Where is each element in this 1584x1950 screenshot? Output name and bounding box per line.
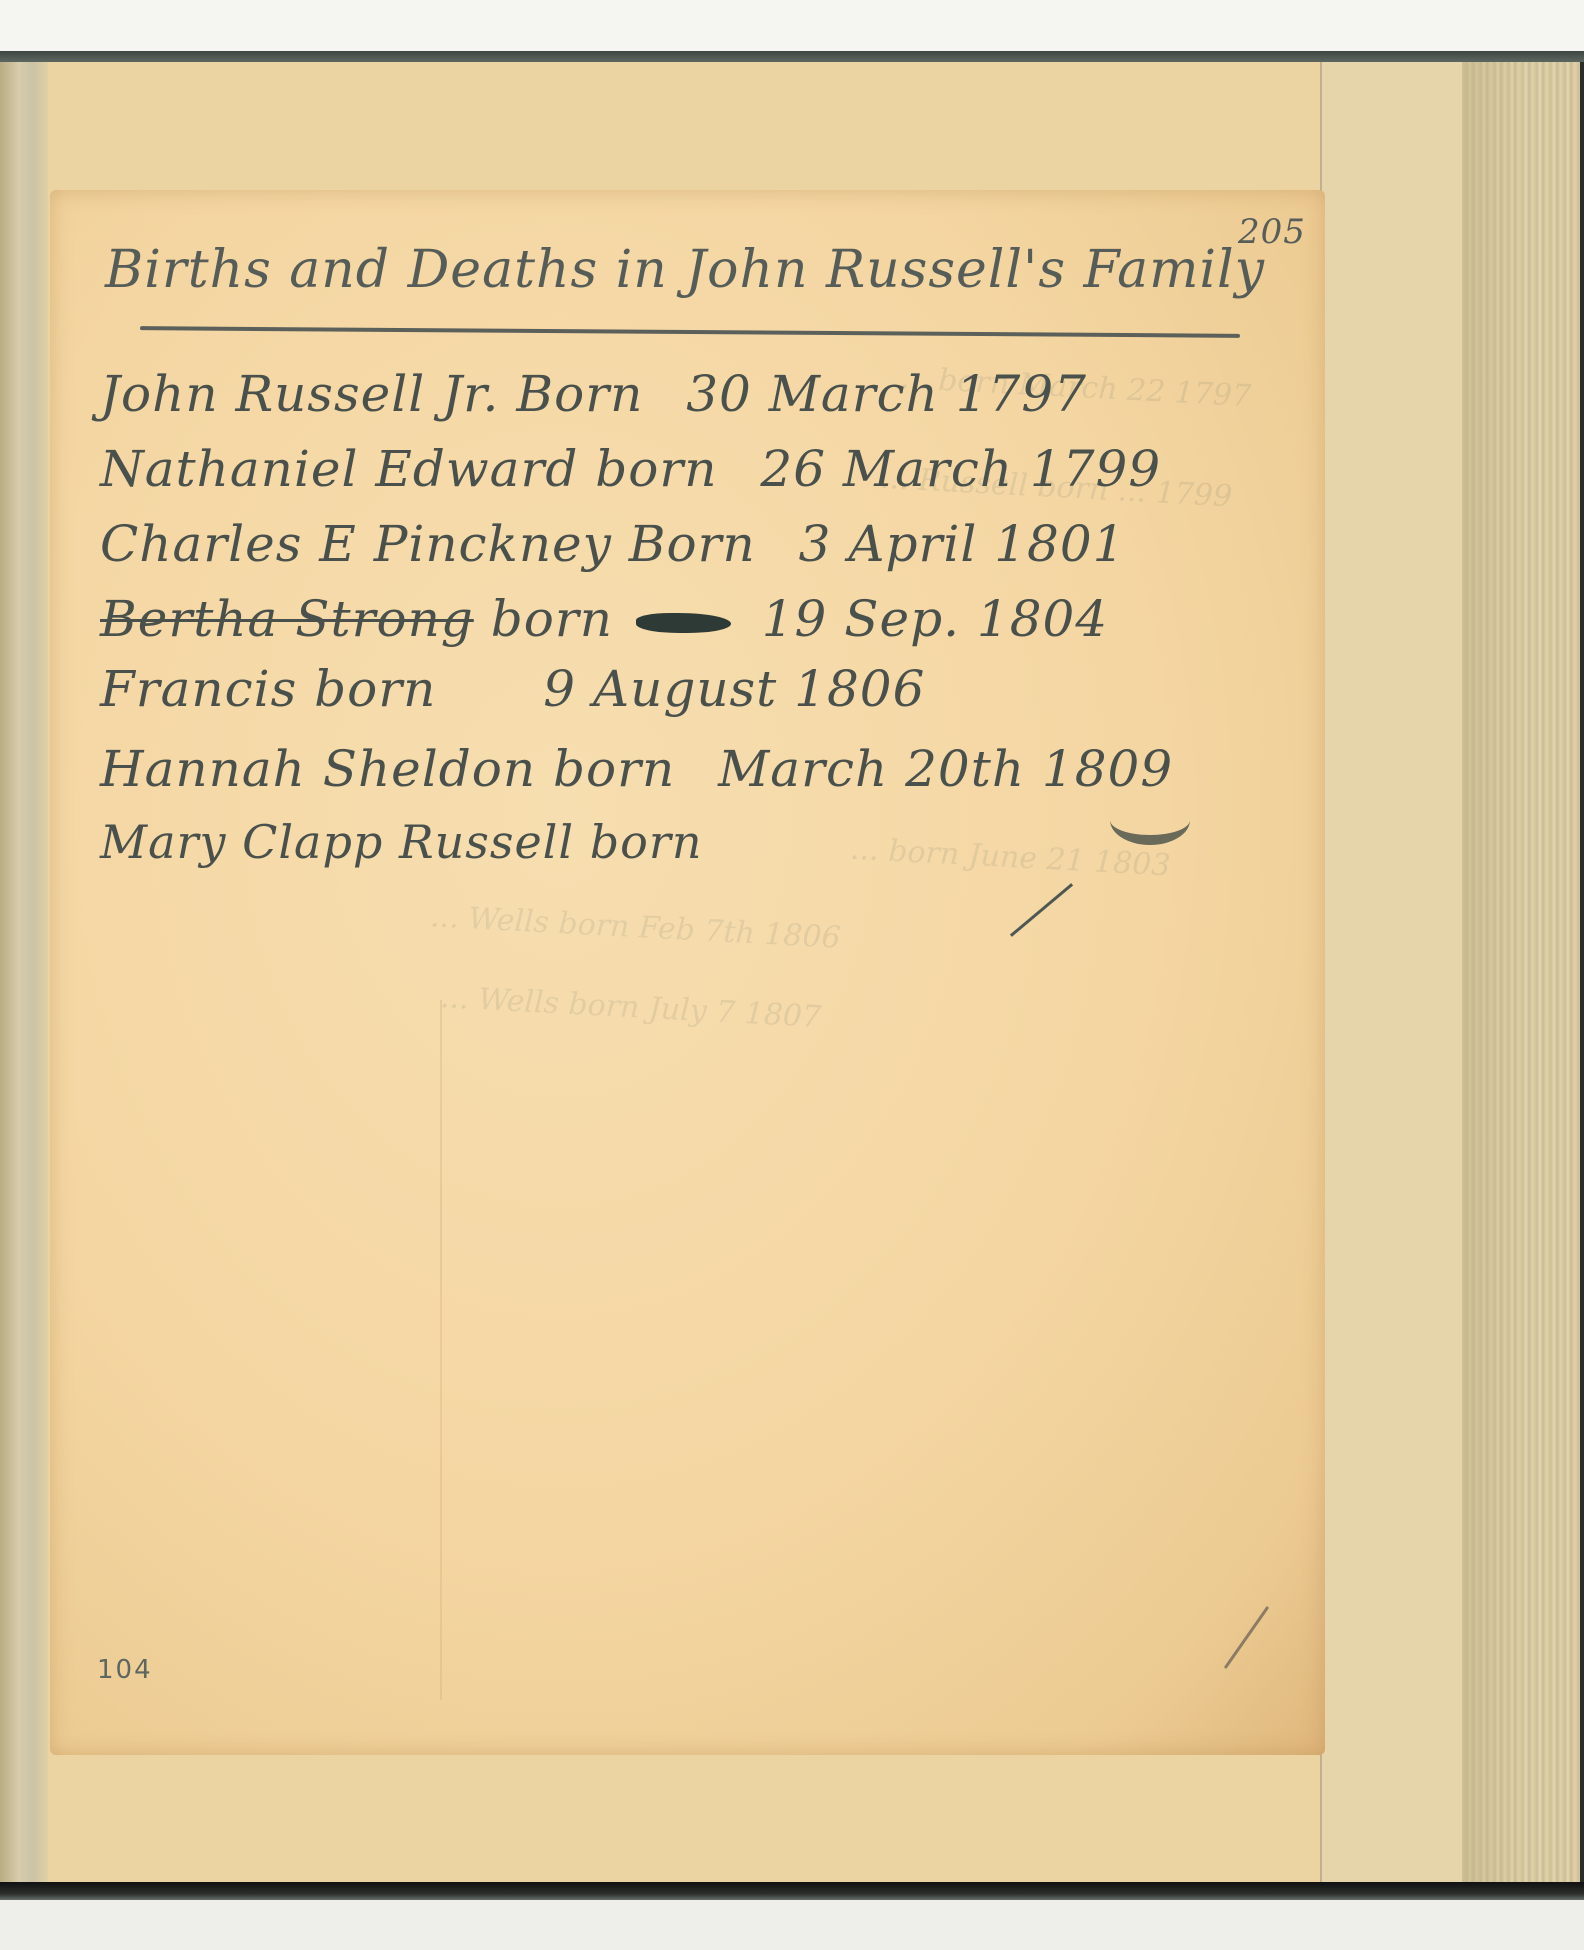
register-entry: Bertha Strong born 19 Sep. 1804 bbox=[100, 590, 1108, 648]
entry-event: born bbox=[491, 590, 613, 648]
entry-event: born bbox=[595, 440, 717, 498]
entry-event: born bbox=[553, 740, 675, 798]
entry-event: Born bbox=[516, 365, 643, 423]
register-entry: John Russell Jr. Born 30 March 1797 bbox=[100, 365, 1087, 423]
entry-name: John Russell Jr. bbox=[100, 365, 499, 423]
register-entry: Mary Clapp Russell born bbox=[100, 815, 728, 869]
scan-background-top bbox=[0, 0, 1584, 52]
entry-date: 9 August 1806 bbox=[543, 660, 925, 718]
ink-stain bbox=[1110, 795, 1190, 845]
entry-name: Nathaniel Edward bbox=[100, 440, 578, 498]
paper-crease bbox=[440, 1000, 442, 1700]
manuscript-sheet bbox=[50, 190, 1325, 1755]
entry-event: born bbox=[314, 660, 436, 718]
entry-event: born bbox=[590, 815, 703, 869]
entry-date: 30 March 1797 bbox=[686, 365, 1087, 423]
entry-name: Bertha Strong bbox=[100, 590, 474, 648]
entry-date: 26 March 1799 bbox=[760, 440, 1161, 498]
page-number: 205 bbox=[1238, 212, 1306, 252]
entry-name: Hannah Sheldon bbox=[100, 740, 536, 798]
book-gutter bbox=[0, 60, 48, 1882]
entry-name: Charles E Pinckney bbox=[100, 515, 612, 573]
book-cover-edge-top bbox=[0, 51, 1584, 62]
register-entry: Francis born 9 August 1806 bbox=[100, 660, 925, 718]
register-entry: Hannah Sheldon born March 20th 1809 bbox=[100, 740, 1173, 798]
scan-background-bottom bbox=[0, 1900, 1584, 1950]
entry-event: Born bbox=[629, 515, 756, 573]
entry-name: Mary Clapp Russell bbox=[100, 815, 574, 869]
register-entry: Charles E Pinckney Born 3 April 1801 bbox=[100, 515, 1125, 573]
page-edges-shadow bbox=[1462, 56, 1522, 1882]
document-title: Births and Deaths in John Russell's Fami… bbox=[105, 240, 1265, 300]
book-cover-edge-bottom bbox=[0, 1882, 1584, 1902]
entry-name: Francis bbox=[100, 660, 297, 718]
register-entry: Nathaniel Edward born 26 March 1799 bbox=[100, 440, 1161, 498]
mount-right-margin bbox=[1320, 60, 1464, 1882]
entry-date: March 20th 1809 bbox=[718, 740, 1173, 798]
folio-number: 104 bbox=[97, 1655, 153, 1685]
entry-date: 19 Sep. 1804 bbox=[762, 590, 1108, 648]
entry-date: 3 April 1801 bbox=[799, 515, 1126, 573]
ink-blot bbox=[636, 613, 731, 633]
